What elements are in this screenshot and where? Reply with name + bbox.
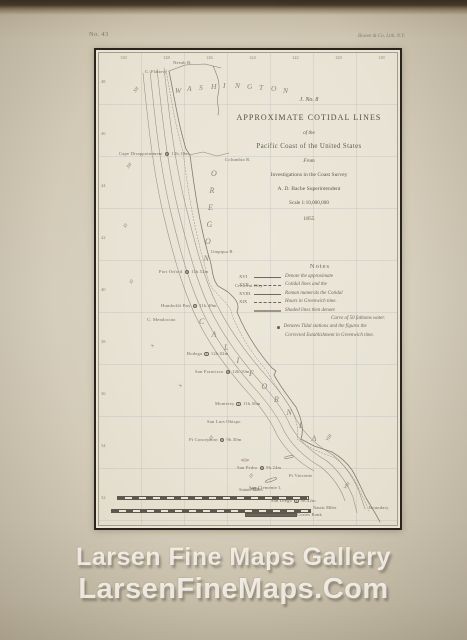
notes-row-text: Roman numerals the Cotidal bbox=[285, 290, 343, 298]
state-name-letter: G bbox=[247, 82, 252, 91]
map-subtitle: Pacific Coast of the United States bbox=[227, 143, 391, 150]
scalebar-label-statute: Statute Miles bbox=[239, 487, 263, 492]
map-label-text: Pt Vincente bbox=[289, 473, 312, 478]
notes-row: XVIIIRoman numerals the Cotidal bbox=[239, 290, 398, 298]
latitude-tick-label: 46 bbox=[101, 131, 106, 136]
state-name-letter: I bbox=[237, 356, 240, 365]
longitude-tick-label: 124 bbox=[249, 55, 256, 60]
longitude-tick-label: 130 bbox=[120, 55, 127, 60]
state-name-letter: E bbox=[208, 203, 213, 212]
map-label: San Francisco12h.10m bbox=[195, 369, 250, 374]
latitude-tick-label: 48 bbox=[101, 79, 106, 84]
tidal-station-dot bbox=[193, 304, 198, 309]
lithographer-credit: Bowen & Co. Lith. N.Y. bbox=[358, 34, 405, 39]
state-name-letter: R bbox=[210, 186, 215, 195]
map-scale: Scale 1:10,000,000 bbox=[227, 200, 391, 206]
tidal-time: 12h.10m bbox=[232, 369, 250, 374]
notes-row-label: XVIII bbox=[239, 290, 254, 298]
map-label: San Pedro9h.24m bbox=[237, 465, 281, 470]
state-name-letter: O bbox=[205, 237, 211, 246]
longitude-tick-label: 122 bbox=[292, 55, 299, 60]
map-label-text: San Francisco bbox=[195, 369, 224, 374]
state-name-letter: G bbox=[207, 220, 213, 229]
notes-row: Shaded lines then denote bbox=[239, 307, 398, 315]
state-name-letter: O bbox=[262, 382, 268, 391]
notes-line-sample bbox=[254, 277, 281, 278]
notes-row: Corrected Establishment in Greenwich tim… bbox=[239, 332, 398, 340]
notes-row: Curve of 50 fathoms water. bbox=[239, 315, 398, 323]
map-plate: 130128126124122120118 484644424038363432… bbox=[94, 48, 402, 530]
notes-row-text: Shaded lines then denote bbox=[285, 307, 335, 315]
state-name-letter: S bbox=[199, 83, 203, 92]
map-label-text: C. Flattery bbox=[145, 69, 167, 74]
title-block: J. No. 8 APPROXIMATE COTIDAL LINES of th… bbox=[227, 97, 391, 222]
map-label-text: Boundary bbox=[369, 505, 389, 510]
state-name-letter: O bbox=[271, 84, 276, 93]
state-name-letter: N bbox=[283, 86, 288, 95]
notes-line-sample bbox=[254, 294, 281, 295]
map-label-text: C. Mendocino bbox=[147, 317, 176, 322]
map-label-text: San Luis Obispo bbox=[207, 419, 241, 424]
latitude-tick-label: 42 bbox=[101, 235, 106, 240]
title-superintendent: A. D. Bache Superintendent bbox=[227, 186, 391, 192]
notes-row-label: XVI bbox=[239, 273, 254, 281]
tidal-station-dot bbox=[204, 352, 209, 357]
tidal-station-dot bbox=[165, 152, 170, 157]
tidal-time: 11h.52m bbox=[191, 269, 208, 274]
notes-row: Denotes Tidal stations and the figures t… bbox=[239, 323, 398, 331]
map-label: Boundary bbox=[369, 505, 389, 510]
title-from: From bbox=[227, 158, 391, 164]
notes-row-text: Curve of 50 fathoms water. bbox=[331, 315, 385, 323]
map-plate-inner: 130128126124122120118 484644424038363432… bbox=[98, 52, 398, 526]
map-label-text: Cape Disappointment bbox=[119, 151, 163, 156]
notes-rows: XVIDenote the approximateXVIICotidal lin… bbox=[239, 273, 398, 340]
scalebar-label-nautic: Nautic Miles bbox=[313, 505, 336, 510]
longitude-tick-label: 118 bbox=[378, 55, 385, 60]
sheet-number: No. 43 bbox=[89, 31, 109, 38]
tidal-station-dot bbox=[260, 466, 265, 471]
tidal-station-dot bbox=[226, 370, 231, 375]
tidal-station-dot bbox=[220, 438, 225, 443]
tidal-time: 9h.24m bbox=[266, 465, 281, 470]
tidal-time: 11h.48m bbox=[199, 303, 216, 308]
scalebar-statute bbox=[117, 496, 309, 500]
notes-line-sample bbox=[254, 285, 281, 286]
state-name-letter: A bbox=[312, 434, 317, 443]
state-name-letter: W bbox=[175, 86, 181, 95]
tidal-time: 12h.02m bbox=[211, 351, 229, 356]
tidal-time: 11h.56m bbox=[243, 401, 260, 406]
map-label: Umpqua R. bbox=[211, 249, 234, 254]
map-label: Humboldt Bay11h.48m bbox=[161, 303, 217, 308]
notes-row-text: Denote the approximate bbox=[285, 273, 333, 281]
map-label-text: Humboldt Bay bbox=[161, 303, 191, 308]
tidal-station-legend-dot bbox=[277, 326, 280, 329]
longitude-tick-label: 126 bbox=[206, 55, 213, 60]
tidal-time: 12h.18m bbox=[171, 151, 189, 156]
latitude-tick-label: 34 bbox=[101, 443, 106, 448]
notes-row-label: XIX bbox=[239, 298, 254, 306]
map-year: 1855 bbox=[227, 216, 391, 222]
notes-row: XVIICotidal lines and the bbox=[239, 281, 398, 289]
map-label-text: Port Orford bbox=[159, 269, 183, 274]
map-label: San Luis Obispo bbox=[207, 419, 241, 424]
map-label: C. Mendocino bbox=[147, 317, 176, 322]
watermark-line1: Larsen Fine Maps Gallery bbox=[0, 543, 467, 572]
photo-background: No. 43 Bowen & Co. Lith. N.Y. bbox=[0, 0, 467, 640]
state-name-letter: I bbox=[299, 421, 302, 430]
longitude-tick-label: 128 bbox=[163, 55, 170, 60]
map-label: Monterey11h.56m bbox=[215, 401, 261, 406]
state-name-letter: H bbox=[211, 82, 216, 91]
map-label-text: Umpqua R. bbox=[211, 249, 234, 254]
latitude-tick-label: 32 bbox=[101, 495, 106, 500]
map-label: Cape Disappointment12h.18m bbox=[119, 151, 189, 156]
notes-legend: Notes XVIDenote the approximateXVIICotid… bbox=[239, 263, 398, 340]
notes-line-sample bbox=[254, 310, 281, 312]
map-label: Pt Conception9h.30m bbox=[189, 437, 241, 442]
state-name-letter: O bbox=[211, 169, 217, 178]
notes-row-text: Corrected Establishment in Greenwich tim… bbox=[285, 332, 374, 340]
state-name-letter: N bbox=[204, 254, 209, 263]
notes-line-sample bbox=[254, 302, 281, 303]
latitude-tick-label: 44 bbox=[101, 183, 106, 188]
state-name-letter: N bbox=[235, 81, 240, 90]
state-name-letter: N bbox=[287, 408, 292, 417]
map-label-text: Neeah B. bbox=[173, 60, 192, 65]
map-label: Bodega12h.02m bbox=[187, 351, 228, 356]
tidal-station-dot bbox=[185, 270, 190, 275]
watermark-line2: LarsenFineMaps.Com bbox=[0, 573, 467, 606]
map-label: Pt Vincente bbox=[289, 473, 312, 478]
map-label: Port Orford11h.52m bbox=[159, 269, 209, 274]
notes-row: XIXHours in Greenwich time. bbox=[239, 298, 398, 306]
tidal-station-dot bbox=[236, 402, 241, 407]
state-name-letter: T bbox=[259, 83, 263, 92]
title-investigations: Investigations in the Coast Survey bbox=[227, 172, 391, 178]
notes-row-text: Denotes Tidal stations and the figures t… bbox=[284, 323, 367, 331]
map-label: Neeah B. bbox=[173, 60, 192, 65]
map-label: C. Flattery bbox=[145, 69, 167, 74]
notes-row: XVIDenote the approximate bbox=[239, 273, 398, 281]
latitude-tick-label: 36 bbox=[101, 391, 106, 396]
map-label-text: Monterey bbox=[215, 401, 234, 406]
series-number: J. No. 8 bbox=[227, 97, 391, 103]
latitude-tick-label: 40 bbox=[101, 287, 106, 292]
tidal-time: 9h.30m bbox=[226, 437, 241, 442]
state-name-letter: A bbox=[212, 330, 217, 339]
columbia-river bbox=[189, 152, 229, 156]
notes-row-text: Hours in Greenwich time. bbox=[285, 298, 337, 306]
map-label-text: Bodega bbox=[187, 351, 202, 356]
state-name-letter: C bbox=[199, 317, 204, 326]
title-ofthe: of the bbox=[227, 130, 391, 136]
notes-row-label: XVII bbox=[239, 281, 254, 289]
scalebar-shaded-sample bbox=[245, 513, 297, 518]
notes-title: Notes bbox=[239, 263, 398, 270]
state-name-letter: R bbox=[274, 395, 279, 404]
notes-row-text: Cotidal lines and the bbox=[285, 281, 327, 289]
longitude-tick-label: 120 bbox=[335, 55, 342, 60]
state-name-letter: A bbox=[187, 84, 192, 93]
state-name-letter: I bbox=[223, 81, 226, 90]
map-title: APPROXIMATE COTIDAL LINES bbox=[227, 113, 391, 122]
latitude-tick-label: 38 bbox=[101, 339, 106, 344]
map-label-text: San Pedro bbox=[237, 465, 258, 470]
